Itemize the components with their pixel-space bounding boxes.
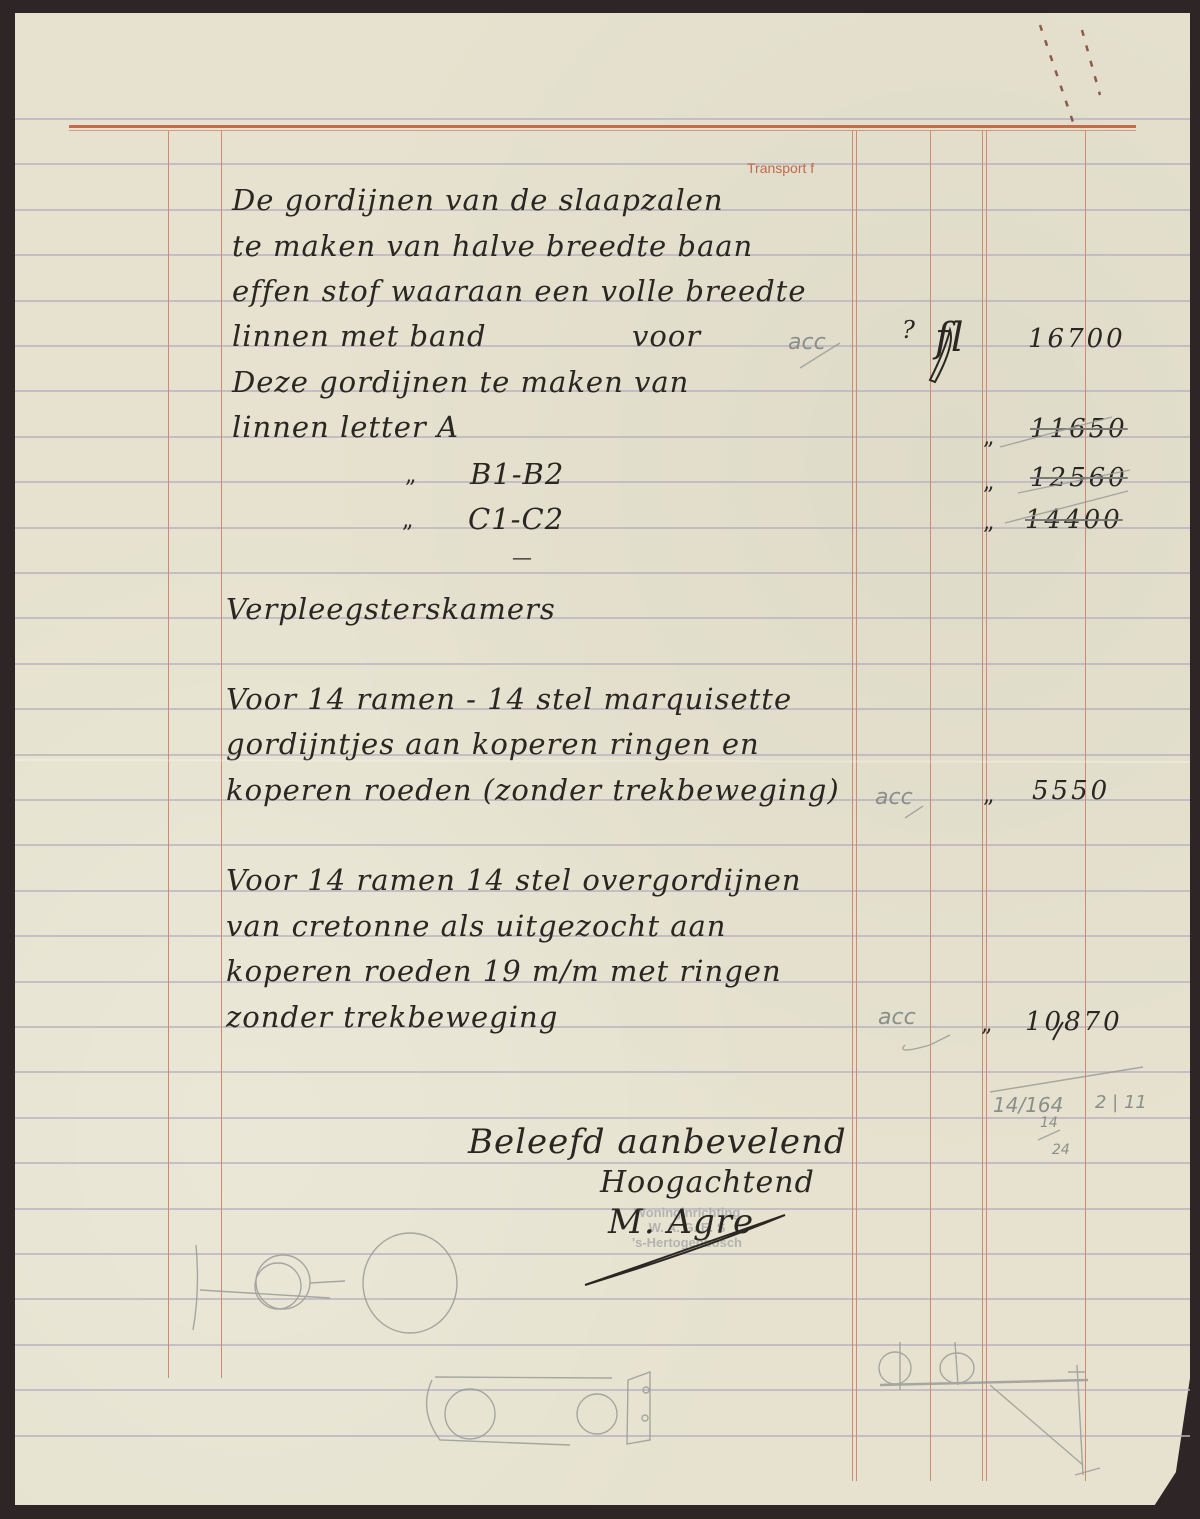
sketches-overlay — [0, 0, 1200, 1519]
